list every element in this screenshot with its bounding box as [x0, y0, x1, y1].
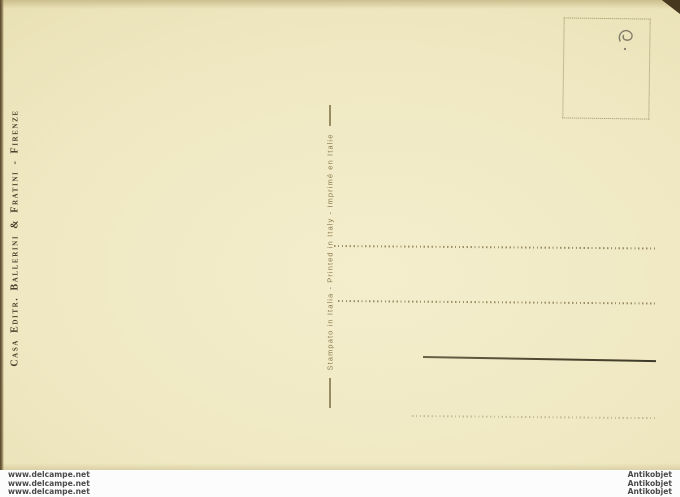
- watermark-delcampe-line: www.delcampe.net: [8, 488, 90, 497]
- address-line-solid: [423, 356, 656, 362]
- publisher-imprint: Casa Editr. Ballerini & Fratini - Firenz…: [10, 109, 21, 366]
- divider-rule-top: [329, 105, 331, 126]
- watermark-antikobjet-line: Antikobjet: [628, 488, 672, 497]
- postcard-left-edge: [0, 0, 4, 471]
- postcard-corner-shadow: [652, 0, 680, 14]
- postcard-back: Casa Editr. Ballerini & Fratini - Firenz…: [0, 0, 680, 471]
- printed-in-italy-label: Stampato in Italia - Printed in Italy - …: [326, 134, 335, 371]
- address-line: [338, 300, 656, 304]
- divider-rule-bottom: [329, 378, 331, 408]
- watermark-delcampe: www.delcampe.net www.delcampe.net www.de…: [8, 471, 90, 497]
- pencil-mark-icon: [612, 27, 642, 67]
- watermark-antikobjet: Antikobjet Antikobjet Antikobjet: [628, 471, 672, 497]
- watermark-strip: www.delcampe.net www.delcampe.net www.de…: [0, 470, 680, 497]
- address-line: [412, 415, 656, 419]
- scan-background: Casa Editr. Ballerini & Fratini - Firenz…: [0, 0, 680, 497]
- address-line: [334, 245, 656, 249]
